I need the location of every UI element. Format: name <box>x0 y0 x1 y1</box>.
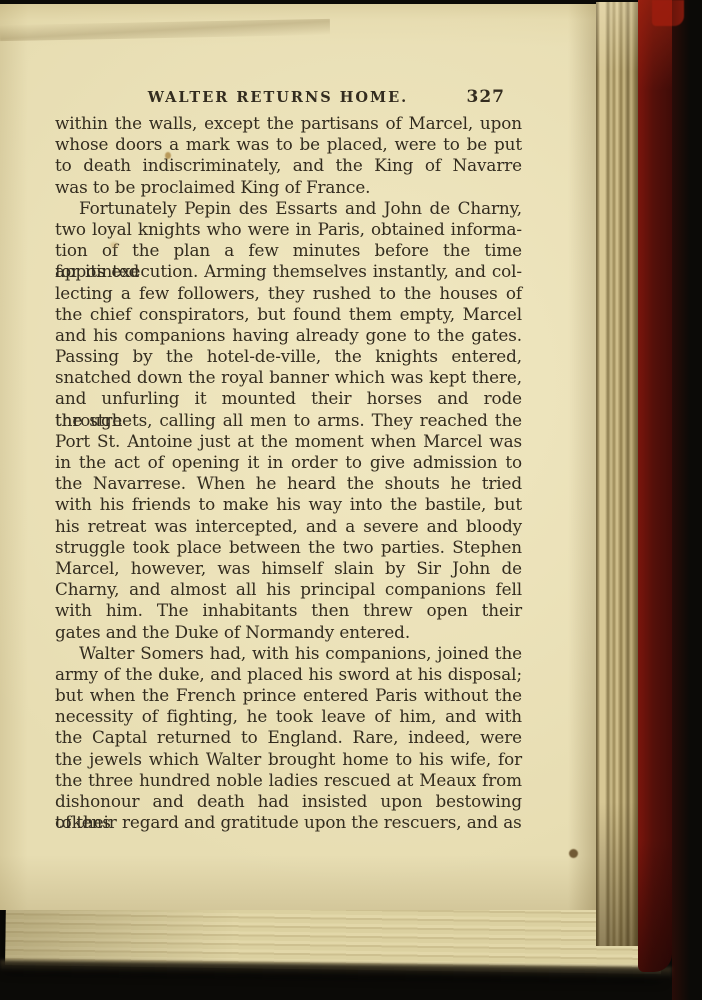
text-line: army of the duke, and placed his sword a… <box>55 664 522 685</box>
text-line: with him. The inhabitants then threw ope… <box>55 600 522 621</box>
text-line: Passing by the hotel-de-ville, the knigh… <box>55 346 522 367</box>
text-line: the jewels which Walter brought home to … <box>55 749 522 770</box>
text-line: Fortunately Pepin des Essarts and John d… <box>55 198 522 219</box>
text-line: and his companions having already gone t… <box>55 325 522 346</box>
text-line: of their regard and gratitude upon the r… <box>55 812 522 833</box>
running-header-title: WALTER RETURNS HOME. <box>45 89 511 106</box>
text-line: to death indiscriminately, and the King … <box>55 155 522 176</box>
page-body-text: within the walls, except the partisans o… <box>55 113 522 833</box>
text-line: Port St. Antoine just at the moment when… <box>55 431 522 452</box>
text-line: two loyal knights who were in Paris, obt… <box>55 219 522 240</box>
running-header: WALTER RETURNS HOME. 327 <box>55 89 521 111</box>
text-line: struggle took place between the two part… <box>55 537 522 558</box>
text-line: the Navarrese. When he heard the shouts … <box>55 473 522 494</box>
text-line: and unfurling it mounted their horses an… <box>55 388 522 409</box>
text-line: lecting a few followers, they rushed to … <box>55 283 522 304</box>
background-shadow <box>672 0 702 1000</box>
text-line: for its execution. Arming themselves ins… <box>55 261 522 282</box>
text-line: with his friends to make his way into th… <box>55 494 522 515</box>
book-cover-edge <box>638 0 672 972</box>
text-line: whose doors a mark was to be placed, wer… <box>55 134 522 155</box>
page-crease <box>0 19 330 41</box>
text-line: tion of the plan a few minutes before th… <box>55 240 522 261</box>
text-line: in the act of opening it in order to giv… <box>55 452 522 473</box>
text-line: Charny, and almost all his principal com… <box>55 579 522 600</box>
page-number: 327 <box>467 87 506 107</box>
text-line: the Captal returned to England. Rare, in… <box>55 727 522 748</box>
text-line: but when the French prince entered Paris… <box>55 685 522 706</box>
text-line: necessity of fighting, he took leave of … <box>55 706 522 727</box>
book-photograph: WALTER RETURNS HOME. 327 within the wall… <box>0 0 702 1000</box>
text-line: dishonour and death had insisted upon be… <box>55 791 522 812</box>
text-line: was to be proclaimed King of France. <box>55 177 522 198</box>
foxing-spot <box>569 849 578 858</box>
text-line: Walter Somers had, with his companions, … <box>55 643 522 664</box>
text-line: the three hundred noble ladies rescued a… <box>55 770 522 791</box>
fore-edge-pages <box>596 2 638 946</box>
text-line: within the walls, except the partisans o… <box>55 113 522 134</box>
text-line: snatched down the royal banner which was… <box>55 367 522 388</box>
text-line: the streets, calling all men to arms. Th… <box>55 410 522 431</box>
text-line: gates and the Duke of Normandy entered. <box>55 622 522 643</box>
book-page: WALTER RETURNS HOME. 327 within the wall… <box>0 4 598 910</box>
text-line: the chief conspirators, but found them e… <box>55 304 522 325</box>
foxing-spot <box>165 152 171 159</box>
foxing-spot <box>110 242 118 248</box>
text-line: his retreat was intercepted, and a sever… <box>55 516 522 537</box>
text-line: Marcel, however, was himself slain by Si… <box>55 558 522 579</box>
